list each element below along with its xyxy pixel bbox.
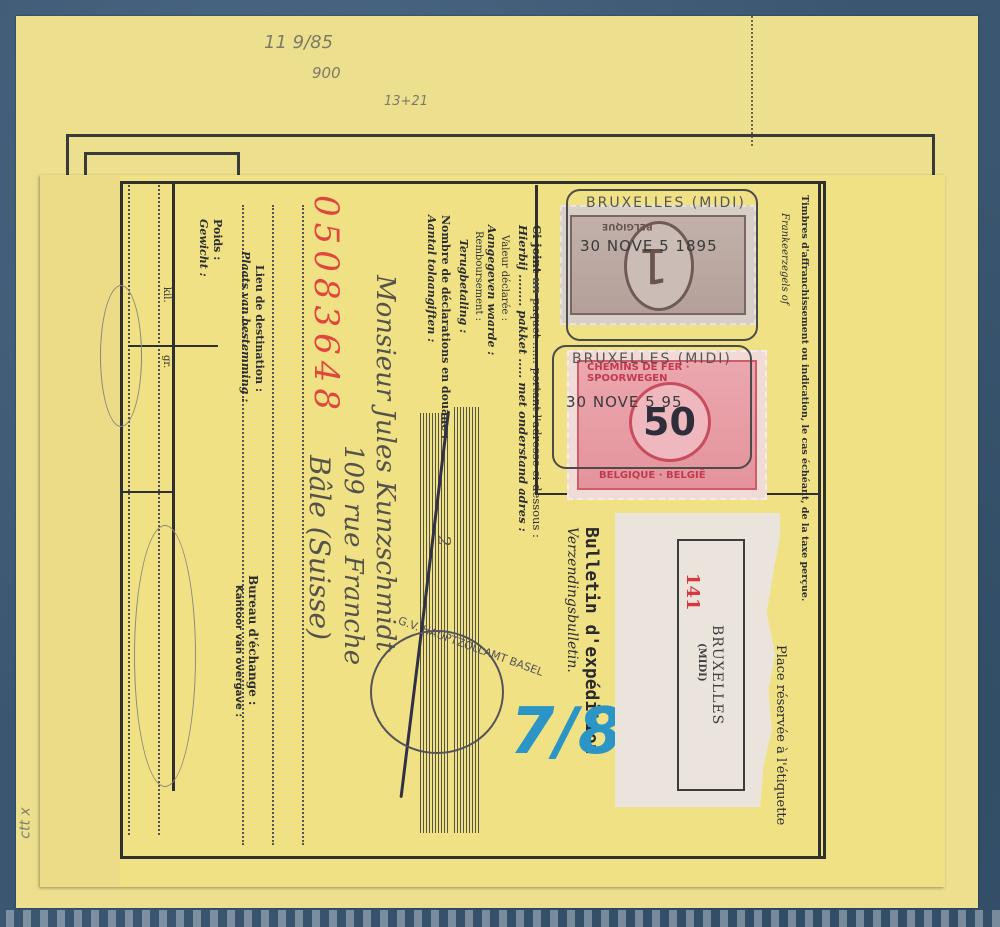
rule: [818, 181, 821, 856]
cancellation-basel: G.V. HAUPTZOLLAMT BASEL: [370, 630, 504, 754]
reimbursement-label-nl: Terugbetaling :: [457, 239, 470, 333]
enclosed-fr-rest: paquet ...... portant l'adresse ci-desso…: [530, 298, 544, 538]
pencil-note: 13+21: [384, 94, 428, 109]
station-label-slip: 141 BRUXELLES (MIDI): [615, 513, 780, 807]
dotted-line: [272, 205, 274, 845]
blue-crayon-mark: 7/8: [510, 695, 622, 769]
customs-handwritten: 2: [433, 535, 454, 546]
pencil-note: 11 9/85: [264, 32, 333, 53]
label-station: (MIDI): [696, 643, 707, 682]
enclosed-handwritten: un: [530, 277, 544, 294]
pencil-flourish: [100, 285, 142, 427]
cancellation-bruxelles-2: BRUXELLES (MIDI) 30 NOVE 5 95: [552, 345, 752, 469]
front-sheet: Poids : Gewicht : kil. gr. Lieu de desti…: [40, 175, 945, 887]
sheet-margin: [40, 175, 120, 887]
rule: [172, 181, 175, 491]
cancel-city: BRUXELLES (MIDI): [586, 195, 746, 211]
album-perforation-strip: [0, 910, 1000, 927]
enclosed-label-nl: Hierbij ........ pakket ..... met onders…: [516, 225, 530, 532]
pencil-corner-note: ctt x: [18, 807, 34, 838]
weight-label: Poids :: [211, 219, 224, 260]
cancel-date: 30 NOVE 5 1895: [580, 237, 718, 255]
cancellation-bruxelles-1: BRUXELLES (MIDI) 30 NOVE 5 1895: [566, 189, 758, 341]
reimbursement-label: Remboursement :: [473, 231, 484, 321]
enclosed-fr: Ci-joint: [530, 225, 544, 273]
stamp-country: BELGIQUE · BELGIË: [599, 470, 706, 481]
exchange-office-label: Bureau d'échange :: [246, 575, 260, 705]
unit-gr: gr.: [161, 355, 172, 368]
label-number: 141: [682, 573, 703, 611]
back-frame-top: [66, 134, 934, 137]
dotted-line: [128, 185, 130, 835]
cancel-date: 30 NOVE 5 95: [566, 393, 683, 411]
enclosed-nl: Hierbij: [516, 225, 530, 270]
enclosed-label: Ci-joint un paquet ...... portant l'adre…: [530, 225, 544, 538]
declared-value-label: Valeur déclarée :: [499, 235, 510, 321]
destination-label-nl: Plaats van bestemming :: [239, 251, 252, 402]
unit-kil: kil.: [161, 287, 172, 303]
customs-label: Nombre de déclarations en douane :: [439, 215, 452, 439]
postage-note: Timbres d'affranchissement ou indication…: [799, 195, 810, 601]
label-place-note: Place réservée à l'étiquette: [773, 645, 788, 825]
cancel-city: BRUXELLES (MIDI): [572, 351, 732, 367]
document-title-nl: Verzendingsbulletin.: [564, 527, 580, 673]
weight-label-nl: Gewicht :: [197, 219, 210, 277]
address-line-3: Bâle (Suisse): [303, 455, 336, 640]
perforation-line: [751, 16, 753, 146]
postage-note-text: Timbres d'affranchissement ou indication…: [799, 195, 810, 601]
red-handwritten-number: 05083648: [306, 195, 346, 416]
declared-value-label-nl: Aangegeven waarde :: [485, 225, 498, 355]
hatched-box: [454, 407, 480, 833]
customs-label-nl: Aantal tolaangiften :: [425, 215, 438, 342]
address-line-1: Monsieur Jules Kunzschmidt: [370, 275, 400, 652]
address-line-2: 109 rue Franche: [338, 445, 368, 665]
label-city: BRUXELLES: [709, 625, 725, 725]
exchange-office-label-nl: Kantoor van overgave :: [233, 585, 244, 717]
pencil-flourish: [134, 525, 196, 787]
enclosed-nl-rest: ........ pakket ..... met onderstand adr…: [516, 274, 530, 532]
pencil-note: 900: [312, 64, 341, 82]
destination-label: Lieu de destination :: [253, 265, 266, 392]
postage-note-nl: Frankeerzegels of: [779, 213, 790, 305]
